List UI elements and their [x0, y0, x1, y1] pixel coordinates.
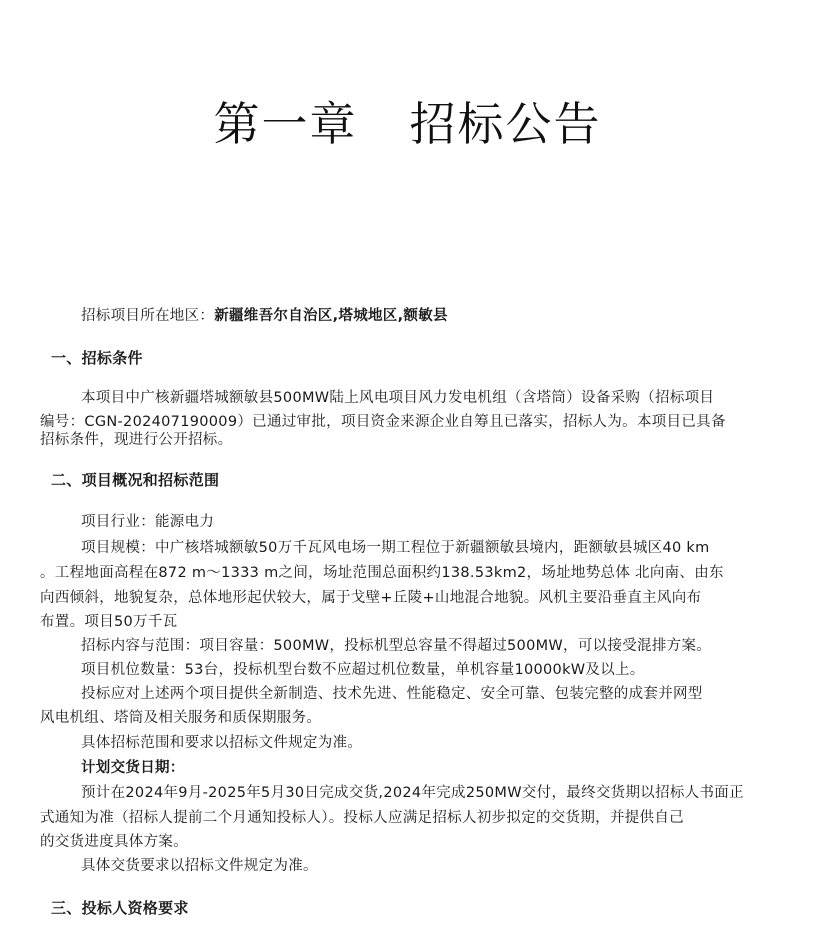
paragraph-line: 项目机位数量：53台，投标机型台数不应超过机位数量，单机容量10000kW及以上…: [81, 658, 815, 682]
paragraph-line: 项目规模：中广核塔城额敏50万千瓦风电场一期工程位于新疆额敏县境内，距额敏县城区…: [81, 536, 815, 560]
paragraph-line: 向西倾斜，地貌复杂，总体地形起伏较大，属于戈壁+丘陵+山地混合地貌。风机主要沿垂…: [40, 586, 780, 610]
paragraph-line: 。工程地面高程在872 m～1333 m之间，场址范围总面积约138.53km2…: [40, 561, 780, 585]
paragraph-line: 风电机组、塔筒及相关服务和质保期服务。: [40, 706, 780, 730]
paragraph-line: 具体交货要求以招标文件规定为准。: [81, 854, 815, 878]
paragraph-line: 项目行业：能源电力: [81, 510, 815, 534]
paragraph-line: 式通知为准（招标人提前二个月通知投标人）。投标人应满足招标人初步拟定的交货期，并…: [40, 806, 780, 830]
chapter-title: 第一章招标公告: [0, 88, 815, 154]
paragraph-line: 招标内容与范围：项目容量：500MW，投标机型总容量不得超过500MW，可以接受…: [81, 634, 815, 658]
section-heading-2: 二、项目概况和招标范围: [51, 468, 791, 492]
chapter-name: 招标公告: [410, 97, 602, 151]
paragraph-line: 投标应对上述两个项目提供全新制造、技术先进、性能稳定、安全可靠、包装完整的成套并…: [81, 682, 815, 706]
region-value: 新疆维吾尔自治区,塔城地区,额敏县: [214, 308, 448, 324]
section-heading-3: 三、投标人资格要求: [51, 896, 791, 920]
paragraph-line: 招标条件，现进行公开招标。: [40, 428, 780, 452]
delivery-date-heading: 计划交货日期：: [81, 756, 815, 780]
chapter-number: 第一章: [214, 97, 358, 151]
paragraph-line: 预计在2024年9月-2025年5月30日完成交货,2024年完成250MW交付…: [81, 781, 815, 805]
paragraph-line: 的交货进度具体方案。: [40, 830, 780, 854]
paragraph-line: 具体招标范围和要求以招标文件规定为准。: [81, 731, 815, 755]
paragraph-line: 布置。项目50万千瓦: [40, 610, 780, 634]
region-label: 招标项目所在地区：: [81, 308, 214, 324]
paragraph-line: 本项目中广核新疆塔城额敏县500MW陆上风电项目风力发电机组（含塔筒）设备采购（…: [81, 386, 815, 410]
section-heading-1: 一、招标条件: [51, 346, 791, 370]
project-region: 招标项目所在地区：新疆维吾尔自治区,塔城地区,额敏县: [81, 304, 815, 328]
